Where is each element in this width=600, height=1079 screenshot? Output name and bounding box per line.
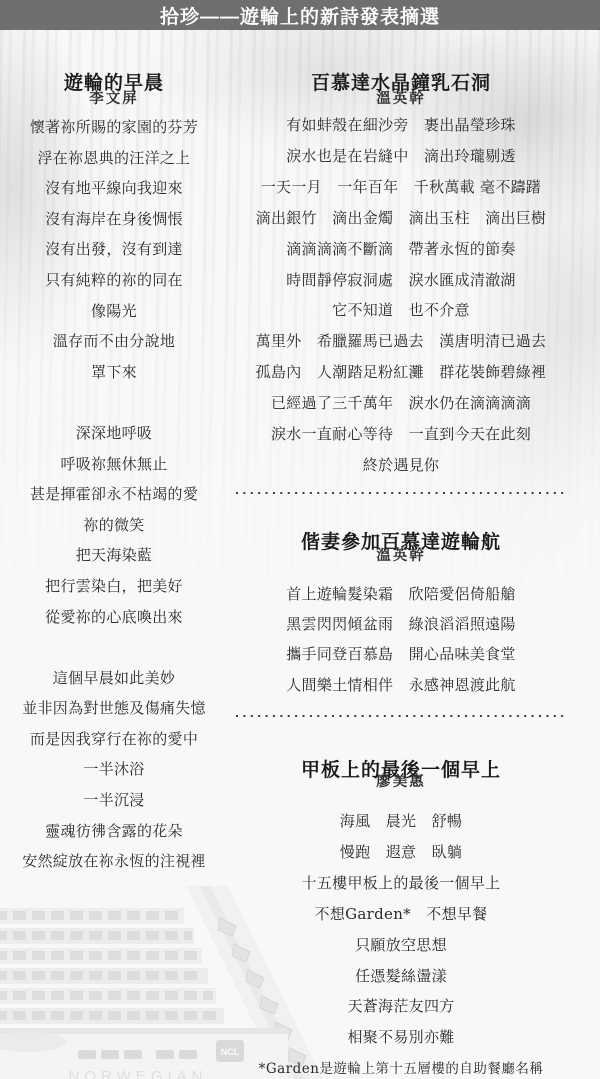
poem-line: 已經過了三千萬年 淚水仍在滴滴滴滴	[222, 388, 580, 419]
poem-line: 天蒼海茫友四方	[222, 991, 580, 1022]
poem-line: 首上遊輪髮染霜 欣陪愛侶倚船艙	[222, 579, 580, 609]
poem-line: 孤島內 人潮踏足粉紅灘 群花裝飾碧綠裡	[222, 357, 580, 388]
poem-line: 人間樂土情相伴 永感神恩渡此航	[222, 670, 580, 700]
poem-line: 攜手同登百慕島 開心品味美食堂	[222, 639, 580, 669]
poem-line: 從愛祢的心底喚出來	[0, 602, 228, 633]
poem-line	[0, 387, 228, 418]
poem-line: 靈魂彷彿含露的花朵	[0, 816, 228, 847]
poem-line: 把行雲染白，把美好	[0, 571, 228, 602]
poem-line: 懷著祢所賜的家園的芬芳	[0, 112, 228, 143]
dotted-divider	[236, 492, 566, 495]
poem-line: 罩下來	[0, 357, 228, 388]
poem-line: 這個早晨如此美妙	[0, 663, 228, 694]
poem-author: 溫英幹	[222, 544, 580, 565]
poem-line: 溫存而不由分說地	[0, 326, 228, 357]
document-page: 拾珍——遊輪上的新詩發表摘選	[0, 0, 600, 1079]
poem-line: 像陽光	[0, 296, 228, 327]
poem-author: 溫英幹	[222, 87, 580, 108]
poem-line: 十五樓甲板上的最後一個早上	[222, 868, 580, 899]
poem-line: 任憑髮絲盪漾	[222, 961, 580, 992]
poem-line: 深深地呼吸	[0, 418, 228, 449]
poem-lines: 懷著祢所賜的家園的芬芳浮在祢恩典的汪洋之上沒有地平線向我迎來沒有海岸在身後惆悵沒…	[0, 112, 228, 877]
poem-line: 只有純粹的祢的同在	[0, 265, 228, 296]
poem-line: 滴滴滴滴不斷滴 帶著永恆的節奏	[222, 234, 580, 265]
poem-line: 黑雲閃閃傾盆雨 綠浪滔滔照遠陽	[222, 609, 580, 639]
poem-line: 而是因我穿行在祢的愛中	[0, 724, 228, 755]
poem-line: 呼吸祢無休無止	[0, 449, 228, 480]
poem-line: 相聚不易別亦難	[222, 1022, 580, 1053]
poem-line: 一半沐浴	[0, 754, 228, 785]
poem-line: 沒有出發，沒有到達	[0, 234, 228, 265]
poem-line: 浮在祢恩典的汪洋之上	[0, 143, 228, 174]
poem-lines: 首上遊輪髮染霜 欣陪愛侶倚船艙黑雲閃閃傾盆雨 綠浪滔滔照遠陽攜手同登百慕島 開心…	[222, 579, 580, 700]
poem-line: 它不知道 也不介意	[222, 295, 580, 326]
right-column: 百慕達水晶鐘乳石洞 溫英幹 有如蚌殼在細沙旁 裹出晶瑩珍珠淚水也是在岩縫中 滴出…	[222, 0, 580, 1079]
poem-line	[0, 632, 228, 663]
poem-line: 滴出銀竹 滴出金燭 滴出玉柱 滴出巨樹	[222, 203, 580, 234]
poem-line: 有如蚌殼在細沙旁 裹出晶瑩珍珠	[222, 110, 580, 141]
poem-line: 慢跑 遐意 臥躺	[222, 837, 580, 868]
poem-line: 祢的微笑	[0, 510, 228, 541]
poem-author: 李文屏	[0, 87, 228, 108]
poem-cruise-morning: 遊輪的早晨 李文屏 懷著祢所賜的家園的芬芳浮在祢恩典的汪洋之上沒有地平線向我迎來…	[0, 0, 228, 1079]
poem-line: 淚水也是在岩縫中 滴出玲瓏剔透	[222, 141, 580, 172]
poem-lines: 海風 晨光 舒暢慢跑 遐意 臥躺十五樓甲板上的最後一個早上不想Garden* 不…	[222, 806, 580, 1053]
poem-line: 沒有地平線向我迎來	[0, 173, 228, 204]
dotted-divider	[236, 715, 566, 718]
poem-line: 不想Garden* 不想早餐	[222, 899, 580, 930]
poem-line: 一半沉浸	[0, 785, 228, 816]
poem-line: 並非因為對世態及傷痛失憶	[0, 693, 228, 724]
poem-line: 萬里外 希臘羅馬已過去 漢唐明清已過去	[222, 326, 580, 357]
poem-line: 沒有海岸在身後惆悵	[0, 204, 228, 235]
page-title: 拾珍——遊輪上的新詩發表摘選	[160, 2, 440, 29]
poem-line: 甚是揮霍卻永不枯竭的愛	[0, 479, 228, 510]
poem-line: 海風 晨光 舒暢	[222, 806, 580, 837]
poem-line: 只願放空思想	[222, 930, 580, 961]
poem-line: 淚水一直耐心等待 一直到今天在此刻	[222, 419, 580, 450]
header-bar: 拾珍——遊輪上的新詩發表摘選	[0, 0, 600, 30]
poem-line: 終於遇見你	[222, 450, 580, 481]
poem-line: 一天一月 一年百年 千秋萬載 毫不躊躇	[222, 172, 580, 203]
poem-line: 安然綻放在祢永恆的注視裡	[0, 846, 228, 877]
poem-lines: 有如蚌殼在細沙旁 裹出晶瑩珍珠淚水也是在岩縫中 滴出玲瓏剔透一天一月 一年百年 …	[222, 110, 580, 481]
poem-line: 把天海染藍	[0, 540, 228, 571]
poem-line: 時間靜停寂洞處 淚水匯成清澈湖	[222, 265, 580, 296]
garden-footnote: *Garden是遊輪上第十五層樓的自助餐廳名稱	[222, 1057, 580, 1077]
poem-author: 廖美惠	[222, 770, 580, 791]
